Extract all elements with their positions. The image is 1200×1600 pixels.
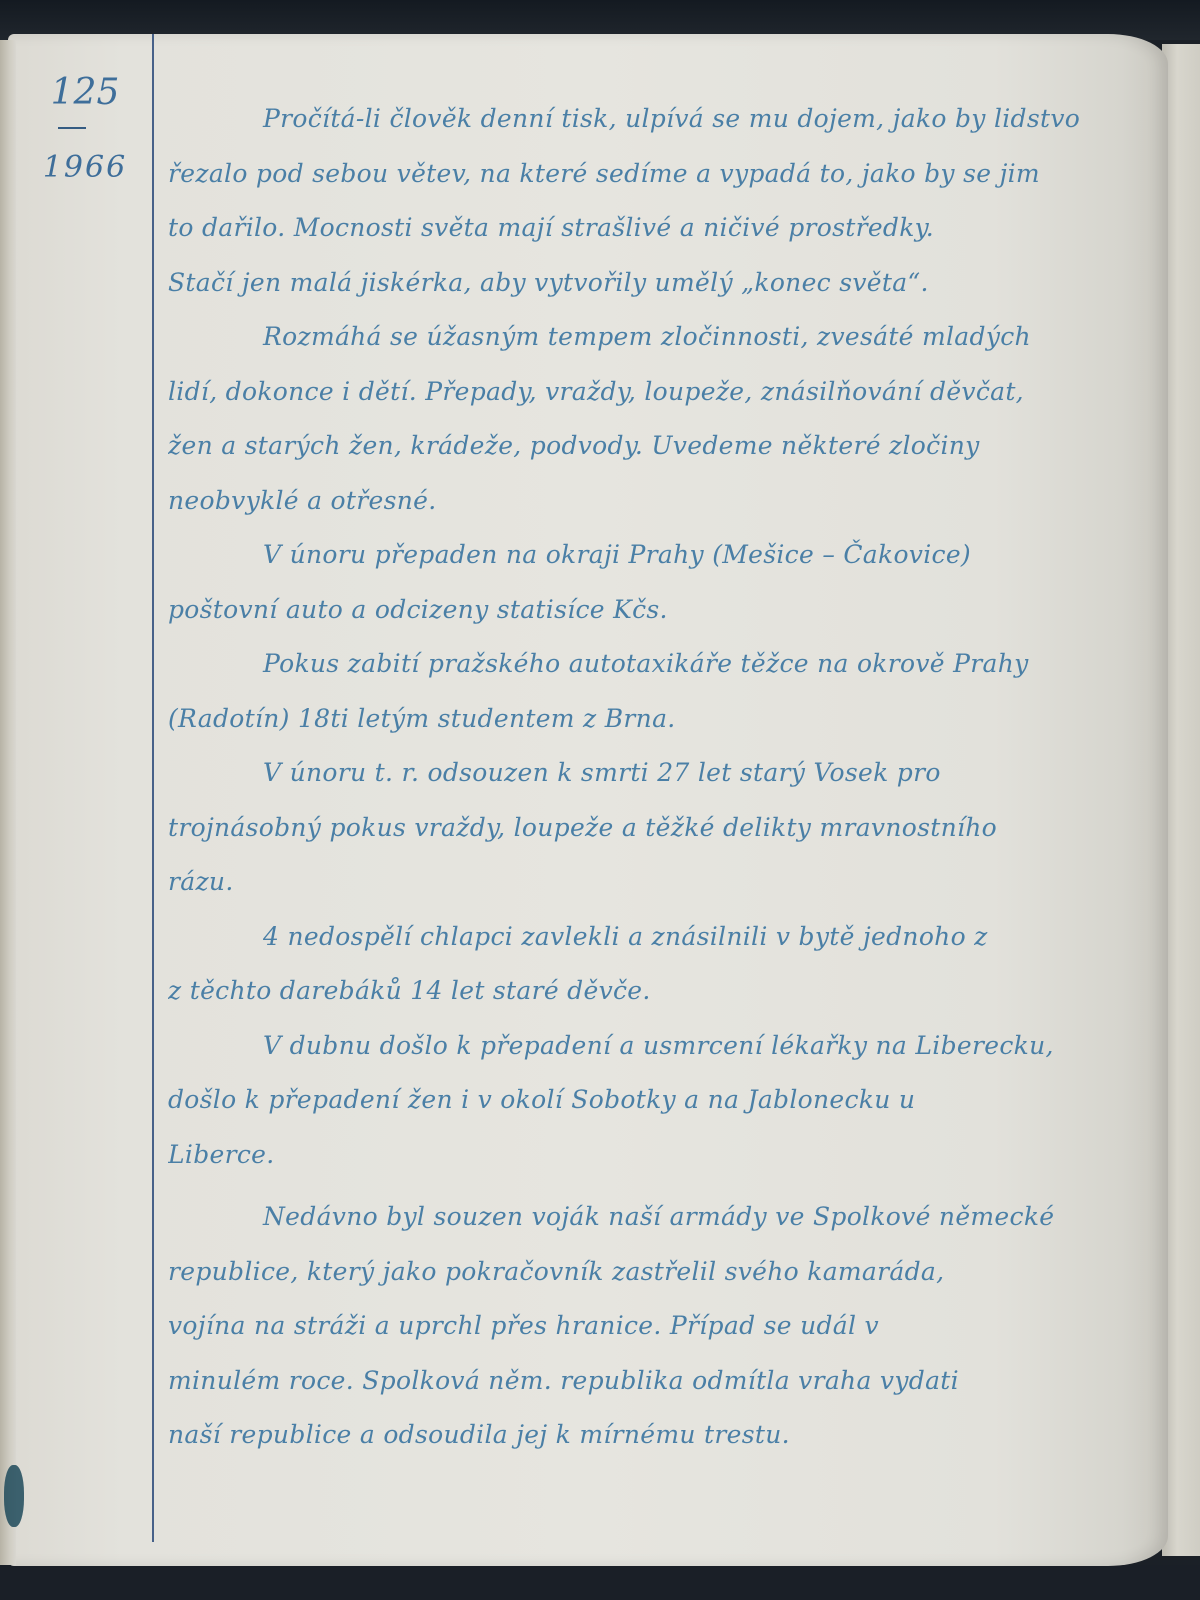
text-line: vojína na stráži a uprchl přes hranice. … [168, 1299, 1148, 1354]
text-line: minulém roce. Spolková něm. republika od… [168, 1354, 1148, 1409]
margin-rule-line [152, 34, 154, 1542]
text-line: naší republice a odsoudila jej k mírnému… [168, 1408, 1148, 1463]
text-line: trojnásobný pokus vraždy, loupeže a těžk… [168, 801, 1148, 856]
text-line: (Radotín) 18ti letým studentem z Brna. [168, 692, 1148, 747]
text-line: Pročítá-li člověk denní tisk, ulpívá se … [168, 92, 1148, 147]
text-line: Liberce. [168, 1128, 1148, 1183]
text-line: Rozmáhá se úžasným tempem zločinnosti, z… [168, 310, 1148, 365]
page-number-separator [58, 127, 86, 129]
ink-stain [4, 1465, 24, 1527]
text-line: z těchto darebáků 14 let staré děvče. [168, 964, 1148, 1019]
text-line: Pokus zabití pražského autotaxikáře těžc… [168, 637, 1148, 692]
text-line: Stačí jen malá jiskérka, aby vytvořily u… [168, 256, 1148, 311]
text-line: řezalo pod sebou větev, na které sedíme … [168, 147, 1148, 202]
page-number: 125 [35, 72, 135, 113]
text-line: Nedávno byl souzen voják naší armády ve … [168, 1190, 1148, 1245]
text-line: žen a starých žen, krádeže, podvody. Uve… [168, 419, 1148, 474]
book-binding [0, 40, 16, 1565]
text-line: republice, který jako pokračovník zastře… [168, 1245, 1148, 1300]
text-line: V únoru t. r. odsouzen k smrti 27 let st… [168, 746, 1148, 801]
year-label: 1966 [35, 150, 135, 185]
text-line: došlo k přepadení žen i v okolí Sobotky … [168, 1073, 1148, 1128]
text-line: poštovní auto a odcizeny statisíce Kčs. [168, 583, 1148, 638]
text-line: to dařilo. Mocnosti světa mají strašlivé… [168, 201, 1148, 256]
text-line: 4 nedospělí chlapci zavlekli a znásilnil… [168, 910, 1148, 965]
text-line: V únoru přepaden na okraji Prahy (Mešice… [168, 528, 1148, 583]
text-line: lidí, dokonce i dětí. Přepady, vraždy, l… [168, 365, 1148, 420]
text-line: rázu. [168, 855, 1148, 910]
text-line: V dubnu došlo k přepadení a usmrcení lék… [168, 1019, 1148, 1074]
text-line: neobvyklé a otřesné. [168, 474, 1148, 529]
handwritten-text: Pročítá-li člověk denní tisk, ulpívá se … [168, 92, 1148, 1463]
table-background-bottom [0, 1565, 1200, 1600]
